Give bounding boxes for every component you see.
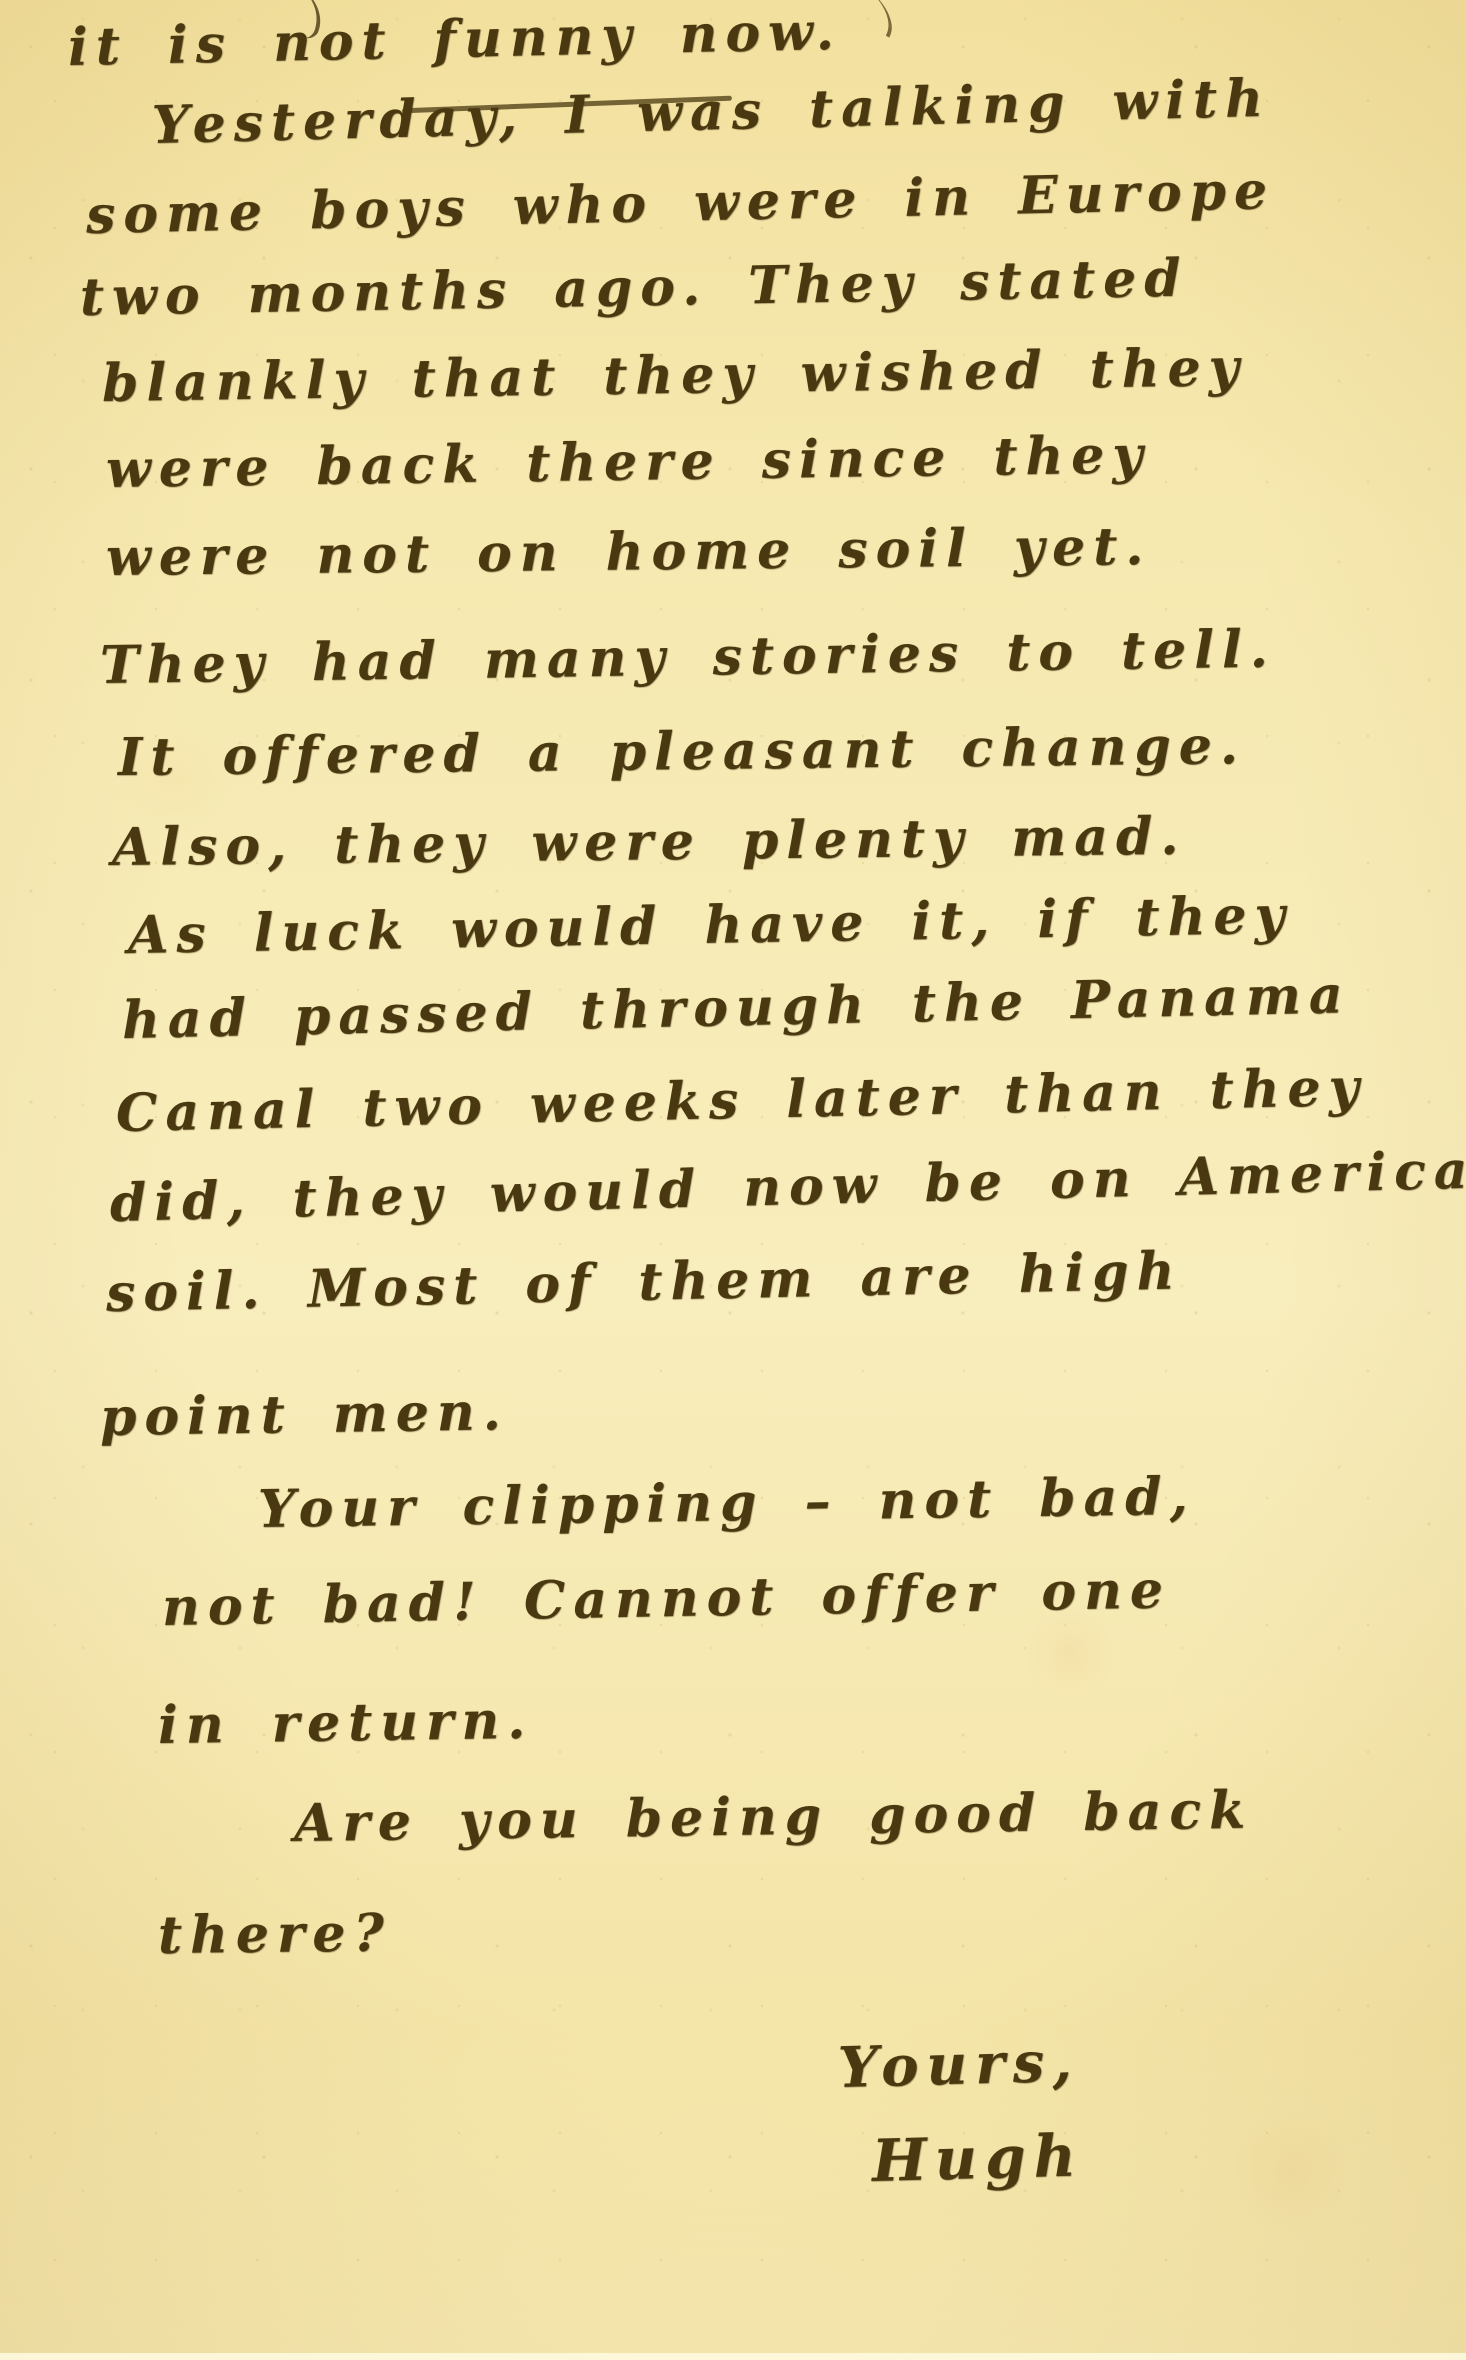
letter-line: were back there since they [106, 429, 1151, 496]
letter-line: it is not funny now. [67, 6, 842, 74]
letter-line: there? [158, 1908, 392, 1962]
letter-line: Also, they were plenty mad. [112, 811, 1187, 874]
letter-line: Are you being good back [294, 1785, 1254, 1850]
letter-line: point men. [100, 1386, 509, 1444]
letter-line: It offered a pleasant change. [118, 720, 1246, 784]
letter-line: Your clipping – not bad, [258, 1471, 1196, 1536]
paper-bottom-edge [0, 2353, 1466, 2360]
letter-line: blankly that they wished they [102, 342, 1247, 410]
letter-closing: Yours, [837, 2034, 1080, 2096]
letter-line: They had many stories to tell. [100, 624, 1276, 692]
signature: Hugh [871, 2126, 1084, 2190]
letter-screenshot: { "letter": { "lines": [ "it is not funn… [0, 0, 1466, 2360]
letter-line: in return. [158, 1695, 534, 1752]
letter-line: were not on home soil yet. [106, 521, 1152, 584]
